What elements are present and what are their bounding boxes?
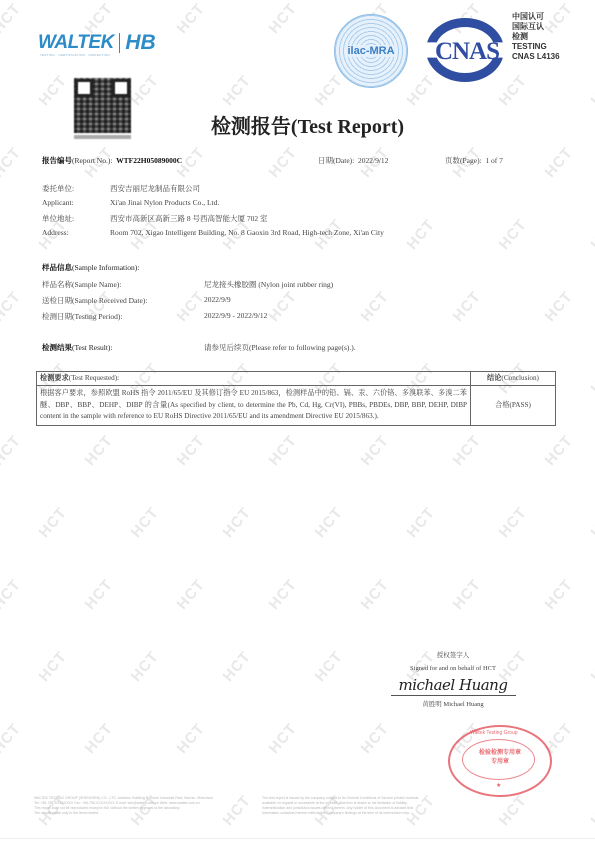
address-value-cn: 西安市高新区高新三路 8 号西高智能大厦 702 室 bbox=[110, 213, 268, 224]
footer-divider bbox=[0, 838, 595, 839]
applicant-value-en: Xi'an Jinai Nylon Products Co., Ltd. bbox=[110, 198, 219, 207]
received-date-label: 送检日期(Sample Received Date): bbox=[42, 295, 147, 306]
test-requested-header-en: (Test Requested): bbox=[69, 374, 119, 382]
watermark-text: HCT bbox=[542, 288, 577, 325]
watermark-text: HCT bbox=[450, 576, 485, 613]
watermark-text: HCT bbox=[220, 72, 255, 109]
watermark-text: HCT bbox=[266, 288, 301, 325]
authorized-signatory-label: 授权签字人 bbox=[368, 650, 538, 659]
page-count: 页数(Page): 1 of 7 bbox=[445, 155, 503, 166]
conclusion-value: 合格(PASS) bbox=[471, 386, 556, 426]
stamp-line: 检验检测专用章 bbox=[450, 749, 550, 758]
report-number-label-en: (Report No.): bbox=[72, 156, 112, 165]
conclusion-header-en: (Conclusion) bbox=[501, 374, 539, 382]
page-label: 页数(Page): bbox=[445, 156, 482, 165]
watermark-text: HCT bbox=[542, 576, 577, 613]
signatory-name: 黄胜明 Michael Huang bbox=[368, 699, 538, 708]
cnas-label-line: 检测 bbox=[512, 32, 560, 42]
result-heading-cn: 检测结果 bbox=[42, 343, 72, 352]
stamp-line: 专用章 bbox=[450, 758, 550, 767]
page-value: 1 of 7 bbox=[485, 156, 503, 165]
watermark-text: HCT bbox=[174, 576, 209, 613]
watermark-text: HCT bbox=[266, 720, 301, 757]
watermark-text: HCT bbox=[588, 792, 595, 829]
sample-name-label: 样品名称(Sample Name): bbox=[42, 279, 121, 290]
watermark-text: HCT bbox=[36, 648, 71, 685]
sample-heading-cn: 样品信息 bbox=[42, 263, 72, 272]
watermark-text: HCT bbox=[174, 720, 209, 757]
address-value-en: Room 702, Xigao Intelligent Building, No… bbox=[110, 228, 384, 237]
watermark-text: HCT bbox=[36, 504, 71, 541]
watermark-text: HCT bbox=[496, 504, 531, 541]
watermark-text: HCT bbox=[358, 720, 393, 757]
watermark-text: HCT bbox=[450, 288, 485, 325]
footer-line: The results relate only to the items tes… bbox=[34, 811, 234, 816]
test-request-table: 检测要求(Test Requested): 结论(Conclusion) 根据客… bbox=[36, 371, 556, 426]
testing-period-label: 检测日期(Testing Period): bbox=[42, 311, 123, 322]
signature: michael Huang bbox=[368, 676, 538, 694]
watermark-text: HCT bbox=[588, 72, 595, 109]
date-label: 日期(Date): bbox=[318, 156, 354, 165]
test-requested-body: 根据客户要求，参照欧盟 RoHS 指令 2011/65/EU 及其修订指令 EU… bbox=[37, 386, 471, 426]
signoff-block: 授权签字人 Signed for and on behalf of HCT mi… bbox=[368, 650, 538, 708]
watermark-text: HCT bbox=[588, 360, 595, 397]
watermark-text: HCT bbox=[220, 504, 255, 541]
address-label-en: Address: bbox=[42, 228, 69, 237]
report-number-label-cn: 报告编号 bbox=[42, 156, 72, 165]
conclusion-header: 结论(Conclusion) bbox=[471, 372, 556, 386]
cnas-accreditation-label: 中国认可 国际互认 检测 TESTING CNAS L4136 bbox=[512, 12, 560, 62]
watermark-text: HCT bbox=[542, 144, 577, 181]
date-value: 2022/9/12 bbox=[358, 156, 388, 165]
footer-left: WALTEK TESTING GROUP (SHENZHEN) CO., LTD… bbox=[34, 796, 234, 816]
official-seal-stamp: Waltek Testing Group 检验检测专用章 专用章 ★ bbox=[448, 725, 552, 797]
cnas-text: CNAS bbox=[422, 38, 512, 66]
signed-on-behalf-label: Signed for and on behalf of HCT bbox=[368, 665, 538, 672]
waltek-logo: WALTEK HB TESTING . CERTIFICATION . INSP… bbox=[38, 31, 156, 55]
watermark-text: HCT bbox=[128, 504, 163, 541]
watermark-text: HCT bbox=[312, 72, 347, 109]
watermark-text: HCT bbox=[266, 0, 301, 37]
watermark-text: HCT bbox=[0, 720, 24, 757]
watermark-text: HCT bbox=[0, 288, 24, 325]
watermark-text: HCT bbox=[358, 432, 393, 469]
watermark-text: HCT bbox=[82, 720, 117, 757]
stamp-arc-text: Waltek Testing Group bbox=[470, 730, 518, 736]
applicant-value-cn: 西安吉丽尼龙制品有限公司 bbox=[110, 183, 200, 194]
test-requested-header: 检测要求(Test Requested): bbox=[37, 372, 471, 386]
report-number-value: WTF22H05089000C bbox=[116, 156, 182, 165]
cnas-label-line: 中国认可 bbox=[512, 12, 560, 22]
logo-divider bbox=[119, 33, 121, 53]
cnas-label-line: TESTING bbox=[512, 42, 560, 52]
watermark-text: HCT bbox=[358, 576, 393, 613]
testing-period-value: 2022/9/9 - 2022/9/12 bbox=[204, 311, 267, 320]
cnas-label-line: 国际互认 bbox=[512, 22, 560, 32]
stamp-center-text: 检验检测专用章 专用章 bbox=[450, 749, 550, 767]
conclusion-header-cn: 结论 bbox=[487, 374, 501, 382]
watermark-text: HCT bbox=[128, 648, 163, 685]
cnas-logo: CNAS bbox=[422, 18, 510, 82]
watermark-text: HCT bbox=[542, 432, 577, 469]
watermark-text: HCT bbox=[496, 216, 531, 253]
sample-name-value: 尼龙接头橡胶圈 (Nylon joint rubber ring) bbox=[204, 279, 333, 290]
watermark-text: HCT bbox=[450, 432, 485, 469]
page-title: 检测报告(Test Report) bbox=[0, 110, 595, 139]
watermark-text: HCT bbox=[404, 216, 439, 253]
watermark-text: HCT bbox=[312, 504, 347, 541]
watermark-text: HCT bbox=[174, 432, 209, 469]
ilac-mra-text: ilac-MRA bbox=[346, 45, 395, 57]
applicant-label-en: Applicant: bbox=[42, 198, 74, 207]
watermark-text: HCT bbox=[174, 0, 209, 37]
address-label-cn: 单位地址: bbox=[42, 213, 74, 224]
hb-mark: HB bbox=[125, 31, 155, 55]
watermark-text: HCT bbox=[82, 576, 117, 613]
watermark-text: HCT bbox=[358, 288, 393, 325]
watermark-text: HCT bbox=[588, 504, 595, 541]
footer-line: information contained hereon reflects th… bbox=[262, 811, 562, 816]
test-requested-header-cn: 检测要求 bbox=[40, 374, 69, 382]
test-result-heading: 检测结果(Test Result): bbox=[42, 342, 113, 353]
watermark-text: HCT bbox=[588, 216, 595, 253]
watermark-text: HCT bbox=[266, 576, 301, 613]
stamp-star-icon: ★ bbox=[496, 782, 501, 789]
waltek-wordmark: WALTEK bbox=[38, 32, 114, 54]
watermark-text: HCT bbox=[0, 576, 24, 613]
report-number: 报告编号(Report No.): WTF22H05089000C bbox=[42, 155, 182, 166]
sample-heading-en: (Sample Information): bbox=[72, 263, 139, 272]
watermark-text: HCT bbox=[36, 72, 71, 109]
watermark-text: HCT bbox=[0, 0, 24, 37]
sample-info-heading: 样品信息(Sample Information): bbox=[42, 262, 139, 273]
report-date: 日期(Date): 2022/9/12 bbox=[318, 155, 388, 166]
signature-line bbox=[391, 695, 516, 696]
watermark-text: HCT bbox=[404, 504, 439, 541]
watermark-text: HCT bbox=[266, 144, 301, 181]
watermark-text: HCT bbox=[220, 648, 255, 685]
footer-right: The test report is issued by the company… bbox=[262, 796, 562, 816]
ilac-mra-logo: ilac-MRA bbox=[334, 14, 408, 88]
watermark-text: HCT bbox=[312, 648, 347, 685]
test-result-value: 请参见后续页(Please refer to following page(s)… bbox=[204, 342, 356, 353]
watermark-text: HCT bbox=[266, 432, 301, 469]
watermark-text: HCT bbox=[588, 648, 595, 685]
watermark-text: HCT bbox=[82, 432, 117, 469]
test-report-page: HCTHCTHCTHCTHCTHCTHCTHCTHCTHCTHCTHCTHCTH… bbox=[0, 0, 595, 842]
cnas-label-line: CNAS L4136 bbox=[512, 52, 560, 62]
watermark-text: HCT bbox=[0, 432, 24, 469]
waltek-tagline: TESTING . CERTIFICATION . INSPECTION bbox=[40, 53, 110, 57]
watermark-text: HCT bbox=[128, 72, 163, 109]
watermark-text: HCT bbox=[0, 144, 24, 181]
result-heading-en: (Test Result): bbox=[72, 343, 113, 352]
received-date-value: 2022/9/9 bbox=[204, 295, 231, 304]
applicant-label-cn: 委托单位: bbox=[42, 183, 74, 194]
table-header-row: 检测要求(Test Requested): 结论(Conclusion) bbox=[37, 372, 556, 386]
table-row: 根据客户要求，参照欧盟 RoHS 指令 2011/65/EU 及其修订指令 EU… bbox=[37, 386, 556, 426]
